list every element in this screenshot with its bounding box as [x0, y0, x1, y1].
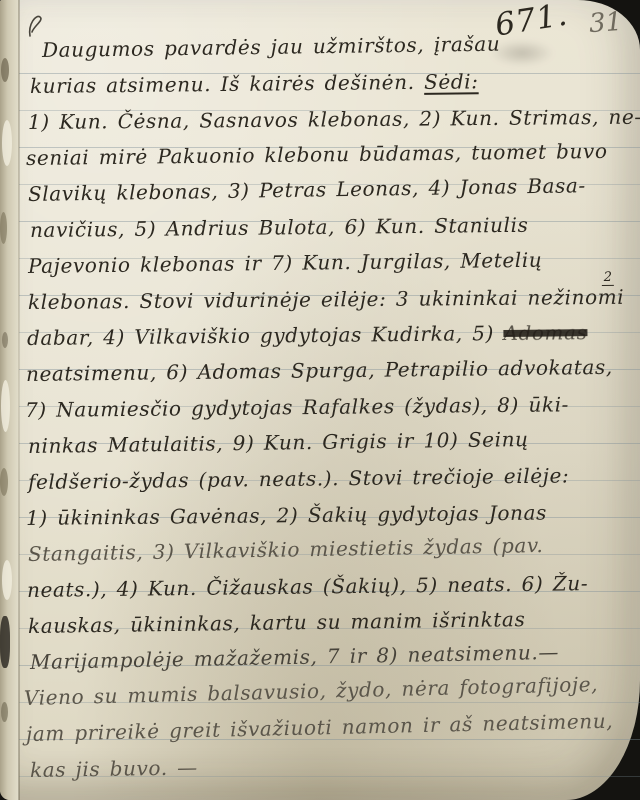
line-text: feldšerio-žydas (pav. neats.). Stovi tre… — [28, 463, 570, 494]
line-text: Marijampolėje mažažemis, 7 ir 8) neatsim… — [30, 640, 559, 674]
line-text: neatsimenu, 6) Adomas Spurga, Petrapilio… — [26, 355, 613, 386]
line-text: jam prireikė greit išvažiuoti namon ir a… — [26, 709, 614, 746]
handwritten-line: klebonas. Stovi vidurinėje eilėje: 3 uki… — [28, 285, 624, 314]
line-text: Pajevonio klebonas ir 7) Kun. Jurgilas, … — [28, 248, 543, 278]
handwritten-line: navičius, 5) Andrius Bulota, 6) Kun. Sta… — [30, 213, 529, 242]
underlined-word: Sėdi: — [424, 69, 479, 94]
manuscript-text: Daugumos pavardės jau užmirštos, įrašau … — [0, 0, 640, 800]
line-text: Stangaitis, 3) Vilkaviškio miestietis žy… — [28, 533, 544, 566]
handwritten-line: Daugumos pavardės jau užmirštos, įrašau — [42, 32, 501, 62]
handwritten-line: jam prireikė greit išvažiuoti namon ir a… — [26, 709, 614, 746]
handwritten-line: kauskas, ūkininkas, kartu su manim išrin… — [28, 607, 526, 638]
line-text: Vieno su mumis balsavusio, žydo, nėra fo… — [24, 672, 599, 710]
line-text: nežinomi — [527, 285, 624, 310]
handwritten-line: Stangaitis, 3) Vilkaviškio miestietis žy… — [28, 533, 544, 566]
superscript-correction: 2 — [602, 270, 614, 286]
handwritten-line: kas jis buvo. — — [30, 755, 198, 782]
handwritten-line: ninkas Matulaitis, 9) Kun. Grigis ir 10)… — [28, 427, 529, 458]
notebook-paper: 671. 31 Daugumos pavardės jau užmirštos,… — [0, 0, 640, 800]
handwritten-line: dabar, 4) Vilkaviškio gydytojas Kudirka,… — [27, 320, 588, 350]
line-text: seniai mirė Pakuonio klebonu būdamas, tu… — [26, 139, 608, 170]
line-text: kauskas, ūkininkas, kartu su manim išrin… — [28, 607, 526, 638]
line-text: kurias atsimenu. Iš kairės dešinėn. — [30, 70, 424, 98]
handwritten-line: 1) ūkininkas Gavėnas, 2) Šakių gydytojas… — [26, 501, 547, 530]
line-text: kas jis buvo. — — [30, 755, 198, 782]
handwritten-line: Pajevonio klebonas ir 7) Kun. Jurgilas, … — [28, 248, 543, 278]
line-text: navičius, 5) Andrius Bulota, 6) Kun. Sta… — [30, 213, 529, 242]
handwritten-line: Marijampolėje mažažemis, 7 ir 8) neatsim… — [30, 640, 559, 674]
handwritten-line: Slavikų klebonas, 3) Petras Leonas, 4) J… — [28, 173, 586, 206]
corrected-word: nežinomi2 — [527, 285, 624, 310]
line-text: klebonas. Stovi vidurinėje eilėje: 3 uki… — [28, 286, 528, 314]
line-text: dabar, 4) Vilkaviškio gydytojas Kudirka,… — [27, 321, 504, 350]
crossed-out-word: Adomas — [503, 320, 587, 345]
line-text: 7) Naumiesčio gydytojas Rafalkes (žydas)… — [25, 392, 569, 422]
handwritten-line: neats.), 4) Kun. Čižauskas (Šakių), 5) n… — [27, 571, 588, 602]
handwritten-line: seniai mirė Pakuonio klebonu būdamas, tu… — [26, 139, 608, 170]
handwritten-line: feldšerio-žydas (pav. neats.). Stovi tre… — [28, 463, 570, 494]
handwritten-line: kurias atsimenu. Iš kairės dešinėn. Sėdi… — [30, 69, 479, 98]
line-text: ninkas Matulaitis, 9) Kun. Grigis ir 10)… — [28, 427, 529, 458]
line-text: 1) ūkininkas Gavėnas, 2) Šakių gydytojas… — [26, 501, 547, 530]
line-text: neats.), 4) Kun. Čižauskas (Šakių), 5) n… — [27, 571, 588, 602]
line-text: Slavikų klebonas, 3) Petras Leonas, 4) J… — [28, 173, 586, 206]
handwritten-line: 7) Naumiesčio gydytojas Rafalkes (žydas)… — [25, 392, 569, 422]
scanned-page-photo: 671. 31 Daugumos pavardės jau užmirštos,… — [0, 0, 640, 800]
handwritten-line: Vieno su mumis balsavusio, žydo, nėra fo… — [24, 672, 599, 710]
handwritten-line: 1) Kun. Čėsna, Sasnavos klebonas, 2) Kun… — [28, 105, 640, 134]
line-text: 1) Kun. Čėsna, Sasnavos klebonas, 2) Kun… — [28, 105, 640, 134]
handwritten-line: neatsimenu, 6) Adomas Spurga, Petrapilio… — [26, 355, 613, 386]
line-text: Daugumos pavardės jau užmirštos, įrašau — [42, 32, 501, 62]
